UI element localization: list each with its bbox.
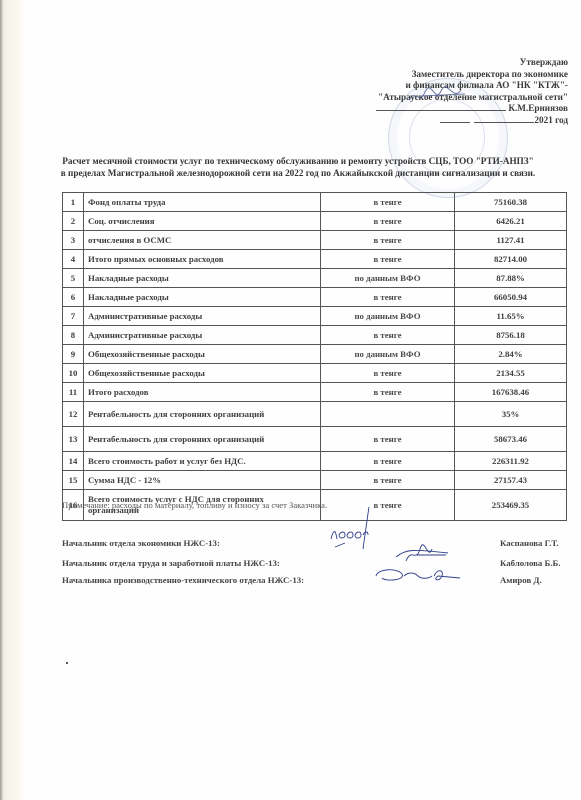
row-value: 226311.92 bbox=[455, 452, 567, 471]
signature-role: Начальника производственно-технического … bbox=[62, 575, 304, 585]
row-item-name: Административные расходы bbox=[84, 307, 321, 326]
row-value: 2134.55 bbox=[455, 364, 567, 383]
row-unit: по данным ВФО bbox=[321, 269, 455, 288]
approval-signatory: К.М.Ерниязов bbox=[508, 103, 568, 113]
row-item-name: Накладные расходы bbox=[84, 269, 321, 288]
row-value: 75160.38 bbox=[455, 193, 567, 212]
table-row: 13Рентабельность для сторонних организац… bbox=[63, 427, 567, 452]
row-unit: в тенге bbox=[321, 288, 455, 307]
row-value: 253469.35 bbox=[455, 490, 567, 521]
row-item-name: Общехозяйственные расходы bbox=[84, 345, 321, 364]
row-item-name: Итого расходов bbox=[84, 383, 321, 402]
row-number: 12 bbox=[63, 402, 84, 427]
row-value: 58673.46 bbox=[455, 427, 567, 452]
row-item-name: Соц. отчисления bbox=[84, 212, 321, 231]
table-row: 1Фонд оплаты трудав тенге75160.38 bbox=[63, 193, 567, 212]
row-number: 2 bbox=[63, 212, 84, 231]
row-number: 4 bbox=[63, 250, 84, 269]
table-row: 6Накладные расходыв тенге66050.94 bbox=[63, 288, 567, 307]
title-line-1: Расчет месячной стоимости услуг по техни… bbox=[22, 155, 574, 167]
table-row: 4Итого прямых основных расходовв тенге82… bbox=[63, 250, 567, 269]
signature-labor-icon bbox=[392, 543, 452, 565]
row-number: 15 bbox=[63, 471, 84, 490]
row-item-name: Административные расходы bbox=[84, 326, 321, 345]
row-value: 27157.43 bbox=[455, 471, 567, 490]
approval-year: 2021 год bbox=[534, 115, 568, 125]
row-unit: в тенге bbox=[321, 193, 455, 212]
table-row: 9Общехозяйственные расходыпо данным ВФО2… bbox=[63, 345, 567, 364]
row-number: 14 bbox=[63, 452, 84, 471]
table-row: 14Всего стоимость работ и услуг без НДС.… bbox=[63, 452, 567, 471]
row-value: 6426.21 bbox=[455, 212, 567, 231]
cost-calculation-table: 1Фонд оплаты трудав тенге75160.382Соц. о… bbox=[62, 192, 567, 521]
table-row: 8Административные расходыв тенге8756.18 bbox=[63, 326, 567, 345]
table-row: 5Накладные расходыпо данным ВФО87.88% bbox=[63, 269, 567, 288]
row-unit: в тенге bbox=[321, 364, 455, 383]
note-text: Примечание: расходы по материалу, топлив… bbox=[62, 500, 327, 510]
row-item-name: Рентабельность для сторонних организаций bbox=[84, 427, 321, 452]
row-unit: по данным ВФО bbox=[321, 345, 455, 364]
row-item-name: Общехозяйственные расходы bbox=[84, 364, 321, 383]
table-row: 15Сумма НДС - 12%в тенге27157.43 bbox=[63, 471, 567, 490]
row-item-name: Всего стоимость работ и услуг без НДС. bbox=[84, 452, 321, 471]
row-item-name: Сумма НДС - 12% bbox=[84, 471, 321, 490]
row-value: 87.88% bbox=[455, 269, 567, 288]
row-item-name: Итого прямых основных расходов bbox=[84, 250, 321, 269]
row-value: 35% bbox=[455, 402, 567, 427]
table-row: 3отчисления в ОСМСв тенге1127.41 bbox=[63, 231, 567, 250]
approval-date-line: 2021 год bbox=[308, 115, 568, 127]
row-unit: в тенге bbox=[321, 427, 455, 452]
row-number: 11 bbox=[63, 383, 84, 402]
row-item-name: Накладные расходы bbox=[84, 288, 321, 307]
signature-role: Начальник отдела экономики НЖС-13: bbox=[62, 538, 220, 548]
signature-role: Начальник отдела труда и заработной плат… bbox=[62, 558, 280, 568]
row-number: 6 bbox=[63, 288, 84, 307]
row-unit: в тенге bbox=[321, 212, 455, 231]
row-value: 167638.46 bbox=[455, 383, 567, 402]
scan-speck bbox=[66, 662, 68, 664]
row-number: 5 bbox=[63, 269, 84, 288]
signature-person: Амиров Д. bbox=[500, 575, 542, 585]
document-title: Расчет месячной стоимости услуг по техни… bbox=[22, 155, 574, 179]
row-item-name: Фонд оплаты труда bbox=[84, 193, 321, 212]
row-unit bbox=[321, 402, 455, 427]
approval-signature-icon bbox=[405, 82, 475, 112]
row-number: 9 bbox=[63, 345, 84, 364]
title-line-2: в пределах Магистральной железнодорожной… bbox=[22, 167, 574, 179]
approval-line: Заместитель директора по экономике bbox=[308, 69, 568, 81]
row-number: 13 bbox=[63, 427, 84, 452]
row-unit: в тенге bbox=[321, 471, 455, 490]
row-value: 2.84% bbox=[455, 345, 567, 364]
date-month-blank bbox=[474, 122, 534, 123]
row-number: 3 bbox=[63, 231, 84, 250]
row-value: 1127.41 bbox=[455, 231, 567, 250]
row-number: 10 bbox=[63, 364, 84, 383]
row-number: 1 bbox=[63, 193, 84, 212]
row-unit: в тенге bbox=[321, 452, 455, 471]
signature-person: Каблолова Б.Б. bbox=[500, 558, 561, 568]
table-row: 11Итого расходовв тенге167638.46 bbox=[63, 383, 567, 402]
table-row: 2Соц. отчисленияв тенге6426.21 bbox=[63, 212, 567, 231]
row-unit: в тенге bbox=[321, 231, 455, 250]
signature-economics-icon bbox=[325, 505, 380, 550]
table-row: 12Рентабельность для сторонних организац… bbox=[63, 402, 567, 427]
approval-line: Утверждаю bbox=[308, 57, 568, 69]
row-value: 82714.00 bbox=[455, 250, 567, 269]
row-item-name: Рентабельность для сторонних организаций bbox=[84, 402, 321, 427]
row-unit: по данным ВФО bbox=[321, 307, 455, 326]
signature-person: Каспанова Г.Т. bbox=[500, 538, 559, 548]
row-item-name: отчисления в ОСМС bbox=[84, 231, 321, 250]
date-day-blank bbox=[440, 122, 470, 123]
row-number: 8 bbox=[63, 326, 84, 345]
row-value: 8756.18 bbox=[455, 326, 567, 345]
signature-technical-icon bbox=[372, 566, 467, 586]
row-value: 66050.94 bbox=[455, 288, 567, 307]
row-unit: в тенге bbox=[321, 383, 455, 402]
table-row: 10Общехозяйственные расходыв тенге2134.5… bbox=[63, 364, 567, 383]
row-unit: в тенге bbox=[321, 250, 455, 269]
row-unit: в тенге bbox=[321, 326, 455, 345]
table-row: 7Административные расходыпо данным ВФО11… bbox=[63, 307, 567, 326]
scan-edge bbox=[0, 0, 24, 800]
row-value: 11.65% bbox=[455, 307, 567, 326]
row-number: 7 bbox=[63, 307, 84, 326]
